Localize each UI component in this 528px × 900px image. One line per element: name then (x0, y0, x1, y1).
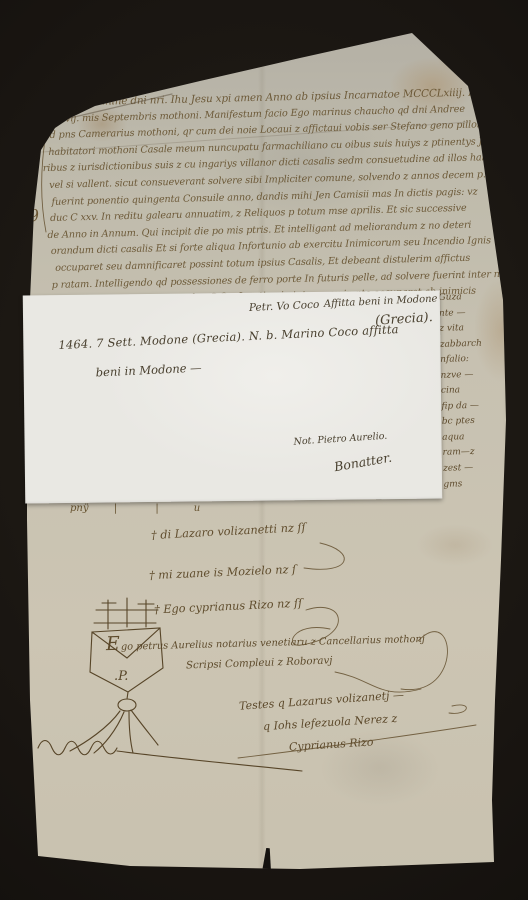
line-ending-fragment: gms (443, 476, 505, 493)
partial-manuscript-line: pnÿ | | u (70, 502, 200, 516)
archivist-slip: Petr. Vo Coco Affitta beni in Modone (Gr… (23, 290, 443, 503)
mark-base-flourish (38, 741, 302, 772)
slip-signature: Bonatter. (333, 450, 393, 475)
mark-trellis (94, 598, 158, 629)
covered-line-endings: Guzante —z vitazabbarchnfalio:nzve —cina… (438, 289, 505, 493)
notarial-mark: .P. (30, 594, 320, 794)
photograph-background: + In Nomine dni nri. Ihu Jesu xpi amen A… (0, 0, 528, 900)
slip-notary-note: Not. Pietro Aurelio. (293, 431, 387, 448)
manuscript-text-block: In Nomine dni nri. Ihu Jesu xpi amen Ann… (47, 84, 506, 311)
testes-line1-flourish (449, 705, 466, 713)
line-ending-fragment: zabbarch (440, 336, 502, 353)
mark-legs (70, 710, 158, 753)
line-ending-fragment: fip da — (441, 398, 503, 415)
line-ending-fragment: z vita (439, 320, 501, 337)
line-ending-fragment: cina (441, 382, 503, 399)
mark-initial-label: .P. (114, 669, 128, 684)
line-ending-fragment: ram—z (442, 445, 504, 462)
mark-knob (118, 692, 136, 711)
witness-subscription-2: † mi zuane is Mozielo nz ſ (149, 563, 297, 583)
slip-header-name: Petr. Vo Coco (249, 299, 320, 314)
line-ending-fragment: nfalio: (440, 351, 502, 368)
line-ending-fragment: nzve — (440, 367, 502, 384)
slip-summary-line2: beni in Modone — (95, 361, 202, 380)
witness-subscription-1: † di Lazaro volizanetti nz ſſ (151, 521, 306, 543)
line-ending-fragment: aqua (442, 429, 504, 446)
slip-summary-line1: 1464. 7 Sett. Modone (Grecia). N. b. Mar… (58, 322, 399, 352)
margin-glyph: 9 (28, 205, 41, 225)
parchment-bottom-notch (261, 848, 272, 876)
slip-header-subject: Affitta beni in Modone (324, 294, 438, 310)
witness1-flourish (304, 543, 344, 569)
line-ending-fragment: zest — (443, 460, 505, 477)
line-ending-fragment: Guza (438, 289, 500, 306)
invocation-cross-mark: + (237, 18, 247, 36)
line-ending-fragment: bc ptes (442, 414, 504, 431)
line-ending-fragment: nte — (439, 305, 501, 322)
